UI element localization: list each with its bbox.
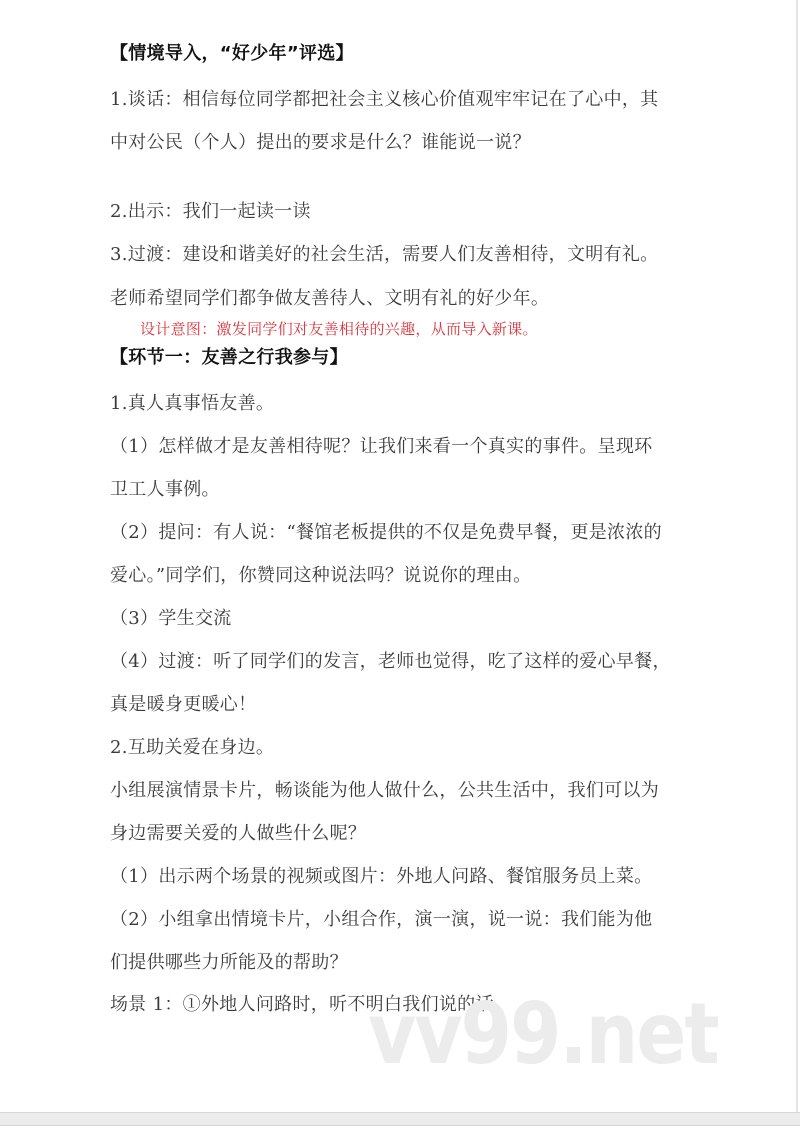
paragraph-line: 3.过渡：建设和谐美好的社会生活，需要人们友善相待，文明有礼。	[110, 243, 658, 267]
paragraph-line: 爱心。”同学们，你赞同这种说法吗？说说你的理由。	[110, 564, 531, 588]
paragraph-line: 真是暖身更暖心！	[110, 693, 256, 717]
paragraph-line: （3）学生交流	[110, 607, 232, 631]
paragraph-line: （2）小组拿出情境卡片，小组合作，演一演，说一说：我们能为他	[110, 908, 652, 932]
design-intent-note: 设计意图：激发同学们对友善相待的兴趣，从而导入新课。	[140, 317, 538, 341]
paragraph-line: （4）过渡：听了同学们的发言，老师也觉得，吃了这样的爱心早餐，	[110, 650, 671, 674]
paragraph-line: 老师希望同学们都争做友善待人、文明有礼的好少年。	[110, 287, 549, 311]
document-page: 【情境导入，“好少年”评选】 1.谈话：相信每位同学都把社会主义核心价值观牢牢记…	[0, 0, 798, 1112]
section-heading-step-one: 【环节一：友善之行我参与】	[110, 346, 348, 370]
paragraph-line: （1）出示两个场景的视频或图片：外地人问路、餐馆服务员上菜。	[110, 865, 652, 889]
paragraph-line: 小组展演情景卡片，畅谈能为他人做什么，公共生活中，我们可以为	[110, 779, 659, 803]
paragraph-line: 们提供哪些力所能及的帮助？	[110, 951, 348, 975]
paragraph-line: 卫工人事例。	[110, 478, 220, 502]
paragraph-line: （1）怎样做才是友善相待呢？让我们来看一个真实的事件。呈现环	[110, 435, 652, 459]
paragraph-line: （2）提问：有人说：“餐馆老板提供的不仅是免费早餐，更是浓浓的	[110, 521, 662, 545]
paragraph-line: 2.互助关爱在身边。	[110, 736, 274, 760]
page-separator	[0, 1112, 800, 1126]
next-page-edge	[0, 1126, 800, 1137]
watermark: vv99.net	[368, 985, 718, 1084]
paragraph-line: 身边需要关爱的人做些什么呢？	[110, 822, 366, 846]
paragraph-line: 中对公民（个人）提出的要求是什么？谁能说一说？	[110, 131, 531, 155]
paragraph-line: 1.谈话：相信每位同学都把社会主义核心价值观牢牢记在了心中，其	[110, 88, 658, 112]
paragraph-line: 1.真人真事悟友善。	[110, 392, 274, 416]
section-heading-intro: 【情境导入，“好少年”评选】	[110, 42, 354, 66]
paragraph-line: 2.出示：我们一起读一读	[110, 200, 311, 224]
